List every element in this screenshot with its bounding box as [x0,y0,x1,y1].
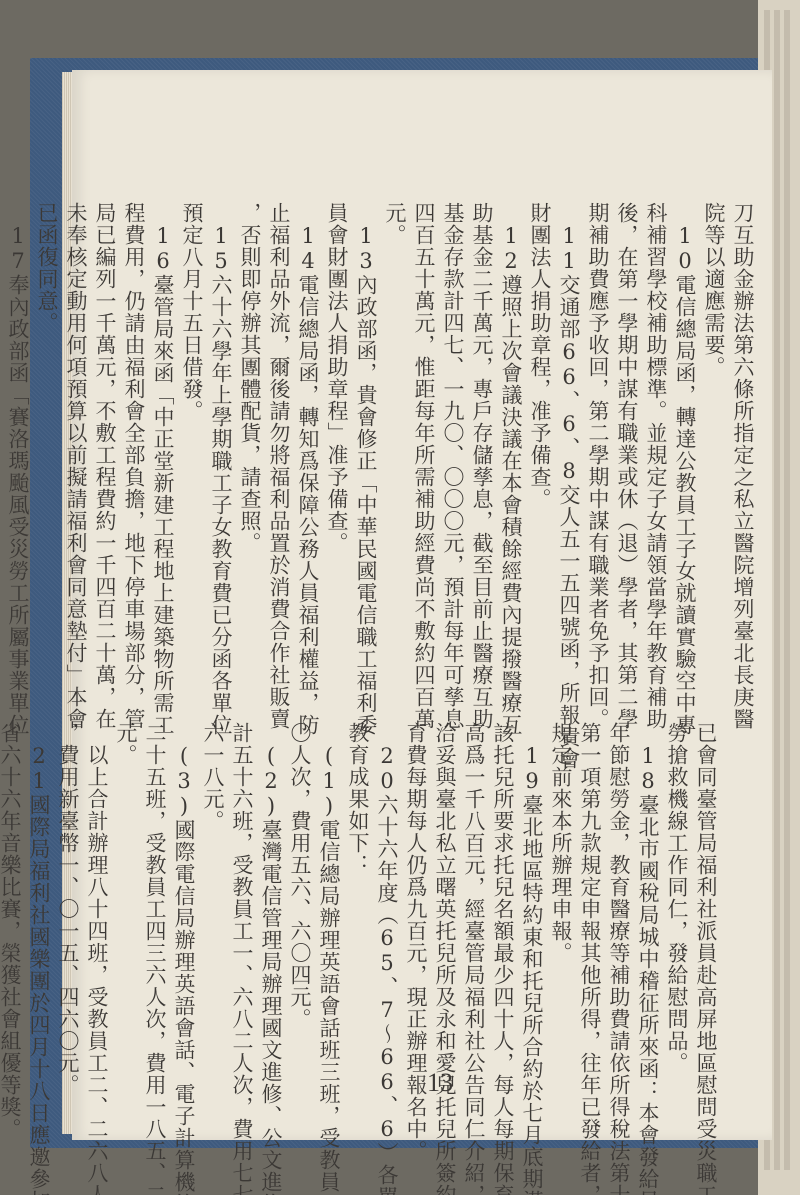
text-column: 元。 [111,722,140,1042]
text-column: 未奉核定動用何項預算以前擬請福利會同意墊付」本會 [61,202,90,682]
text-column: 16臺管局來函「中正堂新建工程地上建築物所需工 [148,202,177,682]
text-column: 該托兒所要求托兒名額最少四十人，每人每期保育費提 [488,722,517,1042]
text-column: 15六十六學年上學期職工子女教育費已分函各單位 [206,202,235,682]
text-column: 13內政部函，貴會修正「中華民國電信職工福利委 [351,202,380,682]
text-column: 員會財團法人捐助章程」准予備查。 [322,202,351,682]
text-column: ，否則即停辦其團體配貨，請查照。 [235,202,264,682]
text-column: 止福利品外流，爾後請勿將福利品置於消費合作社販賣 [264,202,293,682]
text-column: 財團法人捐助章程，准予備查。 [525,202,554,682]
text-column: 規定前來本所辦理申報。 [546,722,575,1042]
text-column: 12遵照上次會議決議在本會積餘經費內提撥醫療互 [496,202,525,682]
text-column: 高爲一千八百元，經臺管局福利社公告同仁介紹，現經 [459,722,488,1042]
text-column: 17奉內政部函「賽洛瑪颱風受災勞工所屬事業單位 [3,202,32,682]
text-column: (3)國際電信局辦理英語會話、電子計算機等班共計 [169,722,198,1042]
text-column: 11交通部66、6、8交人五一五四號函，所報貴會 [554,202,583,682]
text-block-top: 刀互助金辦法第六條所指定之私立醫院增列臺北長庚醫院等以適應需要。 10電信總局函… [117,202,757,682]
text-column: 四百五十萬元，惟距每年所需補助經費尚不敷約四百萬 [409,202,438,682]
text-column: 教育成果如下： [343,722,372,1042]
text-column: 後，在第一學期中謀有職業或休（退）學者，其第二學 [612,202,641,682]
text-column: 〇人次，費用五六、六〇四元。 [285,722,314,1042]
text-block-bottom: 已會同臺管局福利社派員赴高屏地區慰問受災職工及慰勞搶救機線工作同仁，發給慰問品。… [120,722,720,1042]
text-column: 第一項第九款規定申報其他所得，往年已發給者，請依 [575,722,604,1042]
text-column: 以上合計辦理八十四班，受教員工二、二六八人次 [82,722,111,1042]
text-column: 年節慰勞金，教育醫療等補助費請依所得稅法第十四條 [604,722,633,1042]
text-column: (2)臺灣電信管理局辦理國文進修、公文進修等班共 [256,722,285,1042]
text-column: 18臺北市國稅局城中稽征所來函：本會發給員工各 [633,722,662,1042]
text-column: 19臺北地區特約東和托兒所合約於七月底期滿，因 [517,722,546,1042]
text-column: (1)電信總局辦理英語會話班三班，受教員工計一五 [314,722,343,1042]
text-column: 基金存款計四七、一九〇、〇〇〇元，預計每年可孳息 [438,202,467,682]
text-column: 二十五班，受教員工四三六人次，費用一八五、二三八 [140,722,169,1042]
text-column: 計五十六班，受教員工一、六八二人次，費用七七三、 [227,722,256,1042]
text-column: 已函復同意。 [32,202,61,682]
text-column: 科補習學校補助標準。並規定子女請領當學年教育補助 [641,202,670,682]
text-column: 勞搶救機線工作同仁，發給慰問品。 [662,722,691,1042]
text-column: 元。 [380,202,409,682]
text-column: 10電信總局函，轉達公教員工子女就讀實驗空中專 [670,202,699,682]
text-column: 預定八月十五日借發。 [177,202,206,682]
text-column: 職工福利委員會應速即展開慰問救助工作，並酌發慰問 [0,202,3,682]
text-column: 六一八元。 [198,722,227,1042]
text-column: 省六十六年音樂比賽，榮獲社會組優等獎。 [0,722,24,1042]
text-column: 刀互助金辦法第六條所指定之私立醫院增列臺北長庚醫 [728,202,757,682]
text-column: 已會同臺管局福利社派員赴高屏地區慰問受災職工及慰 [691,722,720,1042]
text-column: 洽妥與臺北私立曙英托兒所及永和愛兒托兒所簽約，保 [430,722,459,1042]
page-number: 13 [427,1068,453,1098]
text-column: 期補助費應予收回，第二學期中謀有職業者免予扣回。 [583,202,612,682]
text-column: ，費用新臺幣一、〇一五、四六〇元。 [53,722,82,1042]
text-column: 20六十六年度（65、7～66、6）各單位辦理勞工 [372,722,401,1042]
text-column: 局已編列一千萬元，不敷工程費約一千四百二十萬，在 [90,202,119,682]
text-column: 助基金二千萬元，專戶存儲孳息，截至目前止醫療互助 [467,202,496,682]
text-column: 院等以適應需要。 [699,202,728,682]
text-column: 育費每期每人仍爲九百元，現正辦理報名中。 [401,722,430,1042]
text-column: 14電信總局函，轉知爲保障公務人員福利權益，防 [293,202,322,682]
document-page: 刀互助金辦法第六條所指定之私立醫院增列臺北長庚醫院等以適應需要。 10電信總局函… [72,70,772,1140]
text-column: 21國際局福利社國樂團於四月十八日應邀參加臺灣 [24,722,53,1042]
text-column: 程費用，仍請由福利會全部負擔，地下停車場部分，管 [119,202,148,682]
